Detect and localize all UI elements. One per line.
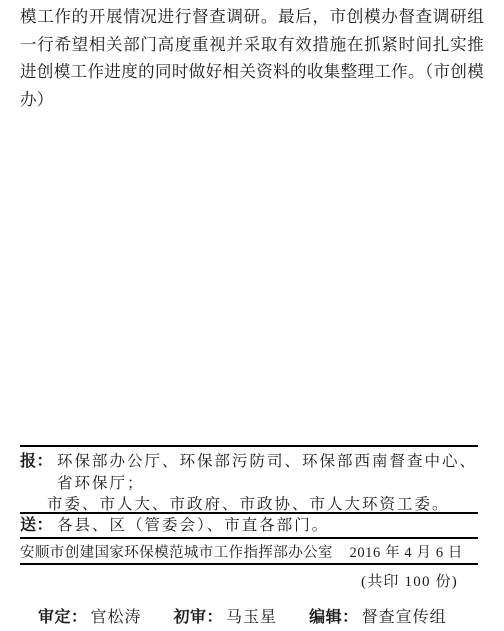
credit-reviewer: 审定： 官松涛: [38, 604, 142, 627]
body-paragraph: 模工作的开展情况进行督查调研。最后，市创模办督查调研组 一行希望相关部门高度重视…: [20, 3, 484, 113]
distribution-block: 报： 环保部办公厅、环保部污防司、环保部西南督查中心、 省环保厅； 市委、市人大…: [20, 445, 478, 591]
rule-after-issuer: [20, 563, 478, 565]
report-line: 环保部办公厅、环保部污防司、环保部西南督查中心、: [57, 451, 478, 473]
body-line: 一行希望相关部门高度重视并采取有效措施在抓紧时间扎实推: [20, 31, 484, 59]
print-count: (共印 100 份): [20, 570, 478, 591]
credit-first-reviewer: 初审： 马玉星: [174, 604, 278, 627]
credit-label: 初审：: [174, 604, 224, 627]
body-line: 办）: [20, 86, 484, 114]
credit-name: 官松涛: [91, 604, 142, 627]
send-label: 送：: [20, 514, 57, 536]
credit-name: 马玉星: [226, 604, 277, 627]
issuing-office: 安顺市创建国家环保模范城市工作指挥部办公室: [20, 541, 333, 562]
report-label: 报：: [20, 449, 57, 473]
credit-label: 编辑：: [309, 604, 359, 627]
body-line: 进创模工作进度的同时做好相关资料的收集整理工作。（市创模: [20, 58, 484, 86]
report-line: 市委、市人大、市政府、市政协、市人大环资工委。: [47, 494, 478, 516]
report-line: 省环保厅；: [57, 473, 478, 495]
send-row: 送： 各县、区（管委会）、市直各部门。: [20, 514, 478, 537]
issuer-row: 安顺市创建国家环保模范城市工作指挥部办公室 2016 年 4 月 6 日: [20, 539, 478, 563]
report-recipients: 环保部办公厅、环保部污防司、环保部西南督查中心、 省环保厅； 市委、市人大、市政…: [57, 449, 478, 516]
send-recipients: 各县、区（管委会）、市直各部门。: [57, 514, 478, 536]
credit-editor: 编辑： 督查宣传组: [309, 604, 447, 627]
report-row: 报： 环保部办公厅、环保部污防司、环保部西南督查中心、 省环保厅； 市委、市人大…: [20, 447, 478, 512]
credit-name: 督查宣传组: [362, 604, 447, 627]
body-line: 模工作的开展情况进行督查调研。最后，市创模办督查调研组: [20, 3, 484, 31]
issue-date: 2016 年 4 月 6 日: [349, 541, 478, 562]
credits-row: 审定： 官松涛 初审： 马玉星 编辑： 督查宣传组: [38, 604, 447, 627]
document-page: 模工作的开展情况进行督查调研。最后，市创模办督查调研组 一行希望相关部门高度重视…: [0, 0, 504, 631]
credit-label: 审定：: [38, 604, 88, 627]
